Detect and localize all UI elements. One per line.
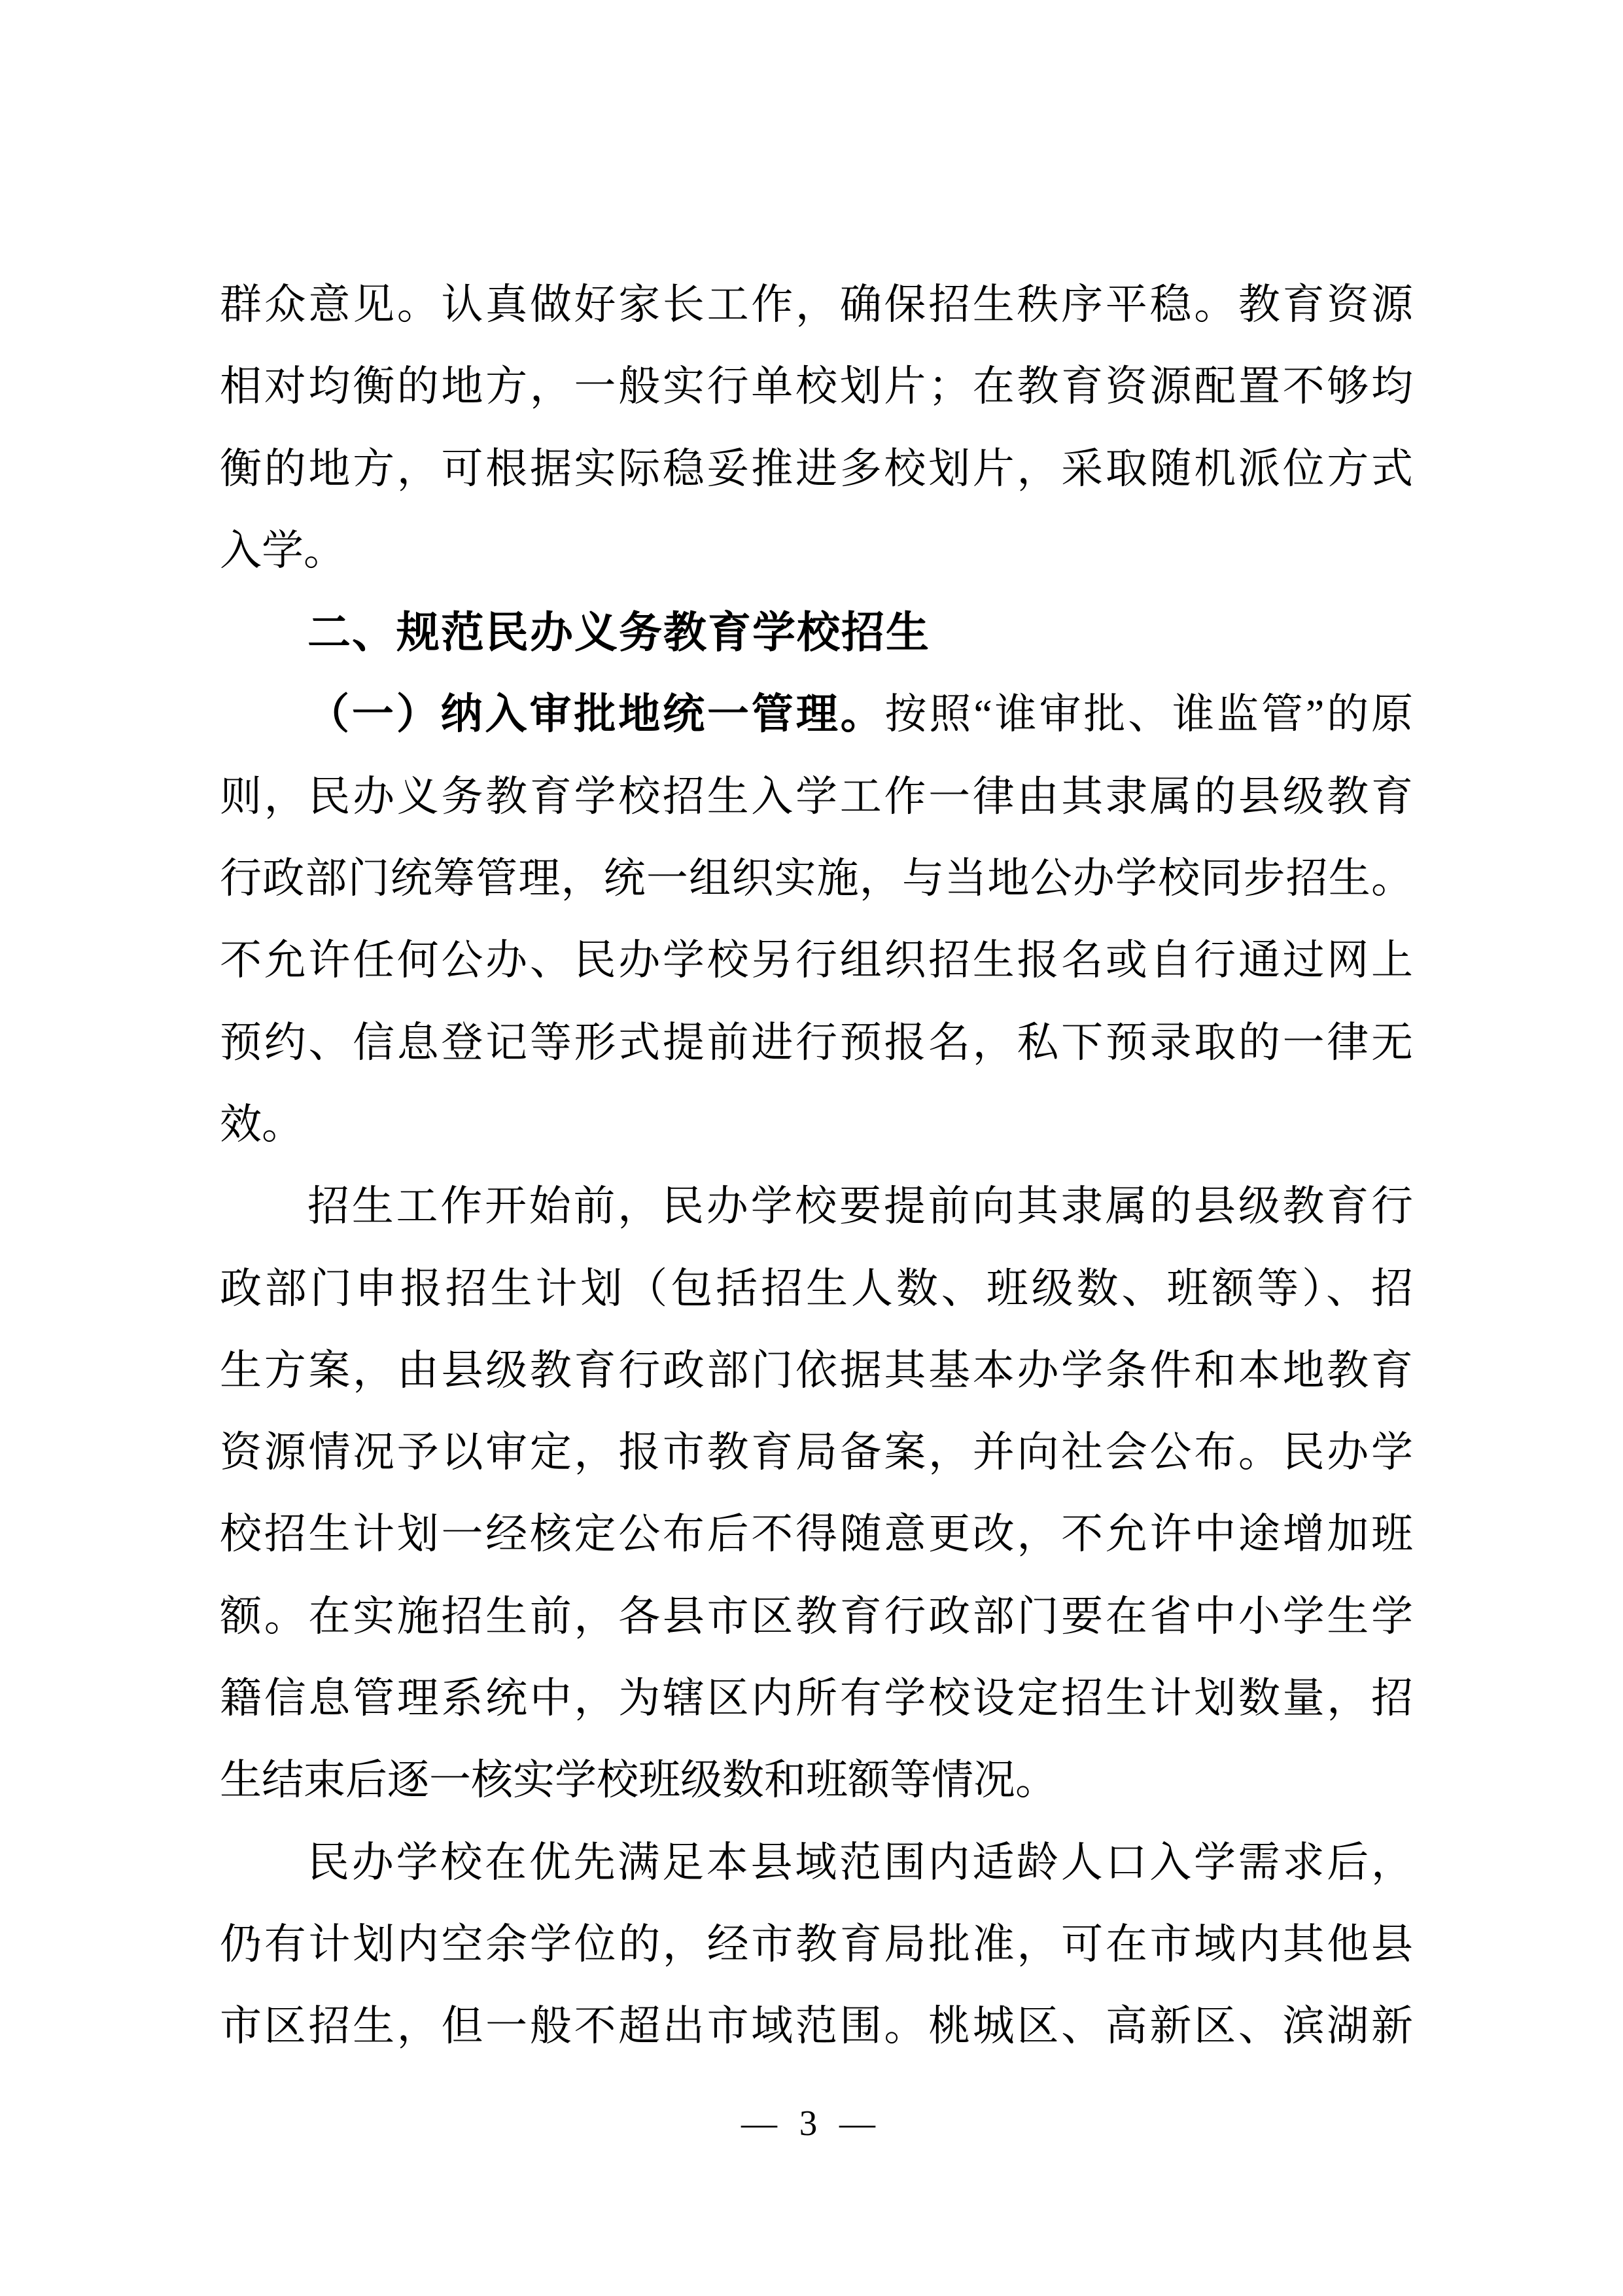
- para2-line: 预约、信息登记等形式提前进行预报名，私下预录取的一律无: [220, 1002, 1413, 1084]
- para2-line: 行政部门统筹管理，统一组织实施，与当地公办学校同步招生。: [220, 838, 1413, 919]
- para1-line: 入学。: [220, 510, 1413, 592]
- document-page: 群众意见。认真做好家长工作，确保招生秩序平稳。教育资源 相对均衡的地方，一般实行…: [0, 0, 1623, 2296]
- para1-line: 相对均衡的地方，一般实行单校划片；在教育资源配置不够均: [220, 345, 1413, 427]
- para3-line: 资源情况予以审定，报市教育局备案，并向社会公布。民办学: [220, 1411, 1413, 1493]
- para2-line1-rest: 按照“谁审批、谁监管”的原: [885, 691, 1413, 737]
- para3-line: 招生工作开始前，民办学校要提前向其隶属的县级教育行: [220, 1165, 1413, 1247]
- para3-line: 政部门申报招生计划（包括招生人数、班级数、班额等）、招: [220, 1248, 1413, 1330]
- para2-line: 不允许任何公办、民办学校另行组织招生报名或自行通过网上: [220, 919, 1413, 1001]
- para2-line: （一）纳入审批地统一管理。按照“谁审批、谁监管”的原: [220, 673, 1413, 755]
- para2-line: 效。: [220, 1084, 1413, 1165]
- page-number: — 3 —: [0, 2097, 1623, 2149]
- para1-line: 群众意见。认真做好家长工作，确保招生秩序平稳。教育资源: [220, 264, 1413, 345]
- para3-line: 生结束后逐一核实学校班级数和班额等情况。: [220, 1739, 1413, 1821]
- para2-line: 则，民办义务教育学校招生入学工作一律由其隶属的县级教育: [220, 756, 1413, 838]
- para3-line: 生方案，由县级教育行政部门依据其基本办学条件和本地教育: [220, 1330, 1413, 1411]
- para3-line: 籍信息管理系统中，为辖区内所有学校设定招生计划数量，招: [220, 1657, 1413, 1739]
- para4-line: 仍有计划内空余学位的，经市教育局批准，可在市域内其他县: [220, 1903, 1413, 1985]
- para2-lead-in: （一）纳入审批地统一管理。: [307, 691, 885, 737]
- para3-line: 校招生计划一经核定公布后不得随意更改，不允许中途增加班: [220, 1493, 1413, 1575]
- document-body: 群众意见。认真做好家长工作，确保招生秩序平稳。教育资源 相对均衡的地方，一般实行…: [220, 264, 1413, 2068]
- para1-line: 衡的地方，可根据实际稳妥推进多校划片，采取随机派位方式: [220, 428, 1413, 510]
- para3-line: 额。在实施招生前，各县市区教育行政部门要在省中小学生学: [220, 1576, 1413, 1657]
- para4-line: 市区招生，但一般不超出市域范围。桃城区、高新区、滨湖新: [220, 1985, 1413, 2067]
- para4-line: 民办学校在优先满足本县域范围内适龄人口入学需求后，: [220, 1822, 1413, 1903]
- section-heading: 二、规范民办义务教育学校招生: [220, 592, 1413, 673]
